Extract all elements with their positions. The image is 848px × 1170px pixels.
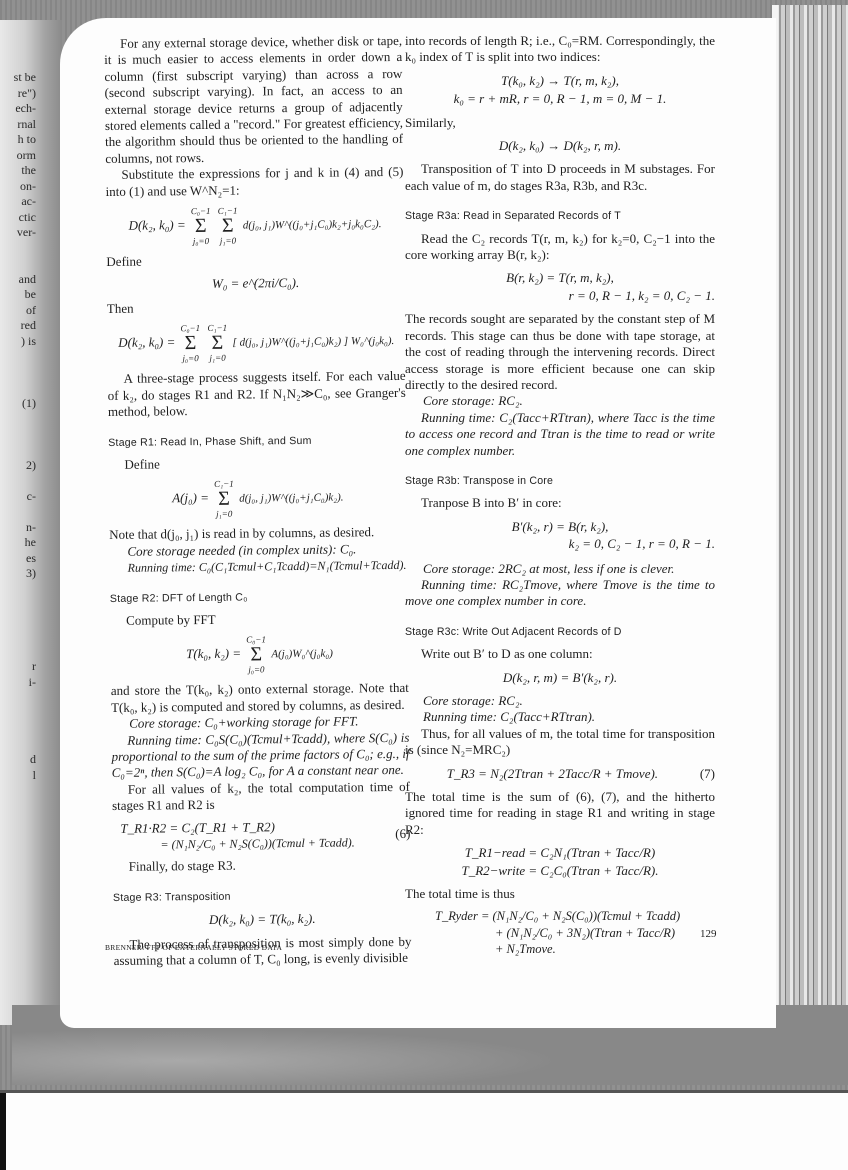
previous-page-fragment: r	[0, 659, 36, 675]
previous-page-fragment	[0, 473, 36, 489]
then-label: Then	[107, 298, 405, 318]
previous-page-fragment	[0, 628, 36, 644]
equation-d-split: D(k₂, k₀) → D(k₂, r, m).	[405, 138, 715, 154]
equation-k0-index: k₀ = r + mR, r = 0, R − 1, m = 0, M − 1.	[405, 91, 715, 107]
previous-page-fragment: ac-	[0, 194, 36, 210]
stage-r3a-core-storage: Core storage: RC₂.	[405, 393, 715, 409]
stage-r2-paragraph: and store the T(k₀, k₂) onto external st…	[111, 680, 409, 716]
previous-page-fragment: re")	[0, 86, 36, 102]
previous-page-fragment	[0, 504, 36, 520]
equation-transposition: D(k₂, k₀) = T(k₀, k₂).	[113, 910, 411, 930]
previous-page-fragment	[0, 442, 36, 458]
previous-page-fragment: l	[0, 768, 36, 784]
transposition-total-paragraph: Thus, for all values of m, the total tim…	[405, 726, 715, 759]
previous-page-fragment	[0, 644, 36, 660]
equation-r2-write: T_R2−write = C₂C₀(Ttran + Tacc/R).	[405, 863, 715, 879]
previous-page-fragment: be	[0, 287, 36, 303]
stage-r3b-core-storage: Core storage: 2RC₂ at most, less if one …	[405, 561, 715, 577]
substages-paragraph: Transposition of T into D proceeds in M …	[405, 161, 715, 194]
stage-r3c-paragraph: Write out B′ to D as one column:	[405, 646, 715, 662]
scanner-bed-margin	[0, 1090, 848, 1170]
previous-page-fragment: c-	[0, 489, 36, 505]
stage-r3b-paragraph: Tranpose B into B′ in core:	[405, 495, 715, 511]
previous-page-fragment	[0, 721, 36, 737]
book-spine	[776, 5, 848, 1035]
previous-page-fragment: st be	[0, 70, 36, 86]
stage-r3-heading: Stage R3: Transposition	[113, 887, 411, 907]
previous-page-fragment	[0, 365, 36, 381]
define-label: Define	[106, 251, 404, 271]
previous-page-fragment	[0, 427, 36, 443]
equation-b-prime: B′(k₂, r) = B(r, k₂),	[405, 519, 715, 535]
previous-page-fragment	[0, 613, 36, 629]
similarly-label: Similarly,	[405, 115, 715, 131]
previous-page-fragment	[0, 690, 36, 706]
stage-r2-heading: Stage R2: DFT of Length C₀	[110, 587, 408, 607]
equation-b-prime-ranges: k₂ = 0, C₂ − 1, r = 0, R − 1.	[405, 536, 715, 552]
equation-d-bracketed: D(k₂, k₀) = C₀−1Σj₀=0 C₁−1Σj₁=0 [ d(j₀, …	[107, 321, 405, 364]
three-stage-paragraph: A three-stage process suggests itself. F…	[108, 368, 406, 420]
stage-r3a-paragraph: Read the C₂ records T(r, m, k₂) for k₂=0…	[405, 231, 715, 264]
previous-page-fragment: of	[0, 303, 36, 319]
right-column: into records of length R; i.e., C₀=RM. C…	[405, 33, 715, 958]
previous-page-fragment: 2)	[0, 458, 36, 474]
previous-page-fragment: and	[0, 272, 36, 288]
previous-page-fragment	[0, 597, 36, 613]
previous-page-fragment: he	[0, 535, 36, 551]
stage-r1-running-time: Running time: C₀(C₁Tcmul+C₁Tcadd)=N₁(Tcm…	[109, 557, 407, 577]
previous-page-fragment: on-	[0, 179, 36, 195]
previous-page-fragment: ) is	[0, 334, 36, 350]
stage-r3c-running-time: Running time: C₂(Tacc+RTtran).	[405, 709, 715, 725]
previous-page-fragment: red	[0, 318, 36, 334]
total-time-paragraph: The total time is the sum of (6), (7), a…	[405, 789, 715, 838]
stage-r2-intro: Compute by FFT	[110, 610, 408, 630]
previous-page-text-fragments: st bere")ech-rnalh toormtheon-ac-cticver…	[0, 70, 36, 783]
intro-paragraph: For any external storage device, whether…	[104, 33, 403, 167]
equation-d-write: D(k₂, r, m) = B′(k₂, r).	[405, 670, 715, 686]
running-footer: BRENNER: FFT OF EXTERNALLY STORED DATA	[105, 943, 282, 952]
previous-page-fragment: rnal	[0, 117, 36, 133]
stage-r3a-heading: Stage R3a: Read in Separated Records of …	[405, 208, 715, 224]
sum-symbol: C₁−1Σj₁=0	[218, 206, 238, 246]
sum-symbol: C₁−1Σj₁=0	[207, 323, 227, 363]
stage-r1-note: Note that d(j₀, j₁) is read in by column…	[109, 524, 407, 544]
equation-d-double-sum: D(k₂, k₀) = C₀−1Σj₀=0 C₁−1Σj₁=0 d(j₀, j₁…	[106, 204, 404, 247]
sum-symbol: C₀−1Σj₀=0	[246, 635, 266, 675]
previous-page-fragment: 3)	[0, 566, 36, 582]
equation-w0: W₀ = e^(2πi/C₀).	[107, 274, 405, 294]
previous-page-fragment: n-	[0, 520, 36, 536]
previous-page-fragment	[0, 582, 36, 598]
records-paragraph: into records of length R; i.e., C₀=RM. C…	[405, 33, 715, 66]
previous-page-fragment	[0, 349, 36, 365]
page-number: 129	[700, 928, 717, 940]
previous-page-fragment: ctic	[0, 210, 36, 226]
stage-r1-heading: Stage R1: Read In, Phase Shift, and Sum	[108, 431, 406, 451]
finally-paragraph: Finally, do stage R3.	[113, 856, 411, 876]
stage-r3b-running-time: Running time: RC₂Tmove, where Tmove is t…	[405, 577, 715, 610]
equation-7: (7) T_R3 = N₂(2Ttran + 2Tacc/R + Tmove).	[405, 766, 715, 782]
stage-r2-running-time: Running time: C₀S(C₀)(Tcmul+Tcadd), wher…	[111, 729, 409, 781]
stage-r3b-heading: Stage R3b: Transpose in Core	[405, 473, 715, 489]
previous-page-fragment: ver-	[0, 225, 36, 241]
previous-page-fragment: ech-	[0, 101, 36, 117]
equation-r1-read: T_R1−read = C₂N₁(Ttran + Tacc/R)	[405, 845, 715, 861]
equation-b-r-k2: B(r, k₂) = T(r, m, k₂),	[405, 270, 715, 286]
sum-symbol: C₀−1Σj₀=0	[191, 206, 211, 246]
stage-r3c-core-storage: Core storage: RC₂.	[405, 693, 715, 709]
equation-b-ranges: r = 0, R − 1, k₂ = 0, C₂ − 1.	[405, 288, 715, 304]
stage-r1-define: Define	[108, 454, 406, 474]
equation-6: (6) T_R1·R2 = C₂(T_R1 + T_R2) = (N₁N₂/C₀…	[120, 817, 410, 853]
previous-page-fragment: i-	[0, 675, 36, 691]
equation-t-k0-k2: T(k₀, k₂) = C₀−1Σj₀=0 A(j₀)W₀^(j₀k₀)	[110, 633, 408, 676]
previous-page-fragment: d	[0, 752, 36, 768]
stage-r3a-running-time: Running time: C₂(Tacc+RTtran), where Tac…	[405, 410, 715, 459]
previous-page-fragment: es	[0, 551, 36, 567]
sum-symbol: C₁−1Σj₁=0	[214, 479, 234, 519]
previous-page-fragment	[0, 706, 36, 722]
sum-symbol: C₀−1Σj₀=0	[180, 323, 200, 363]
total-time-thus: The total time is thus	[405, 886, 715, 902]
stage-r3c-heading: Stage R3c: Write Out Adjacent Records of…	[405, 624, 715, 640]
substitute-paragraph: Substitute the expressions for j and k i…	[105, 164, 403, 200]
previous-page-fragment	[0, 411, 36, 427]
previous-page-fragment	[0, 256, 36, 272]
previous-page-fragment: (1)	[0, 396, 36, 412]
previous-page-fragment: h to	[0, 132, 36, 148]
previous-page-fragment: orm	[0, 148, 36, 164]
equation-ryder: T_Ryder = (N₁N₂/C₀ + N₂S(C₀))(Tcmul + Tc…	[435, 908, 715, 957]
previous-page-fragment	[0, 241, 36, 257]
previous-page-fragment: the	[0, 163, 36, 179]
equation-t-split: T(k₀, k₂) → T(r, m, k₂),	[405, 73, 715, 89]
equation-a-j0: A(j₀) = C₁−1Σj₁=0 d(j₀, j₁)W^((j₀+j₁C₀)k…	[109, 477, 407, 520]
stage-r2-total-paragraph: For all values of k₂, the total computat…	[112, 779, 410, 815]
previous-page-fragment	[0, 380, 36, 396]
stage-r3a-paragraph-2: The records sought are separated by the …	[405, 311, 715, 393]
previous-page-fragment	[0, 737, 36, 753]
left-column: For any external storage device, whether…	[104, 33, 412, 970]
